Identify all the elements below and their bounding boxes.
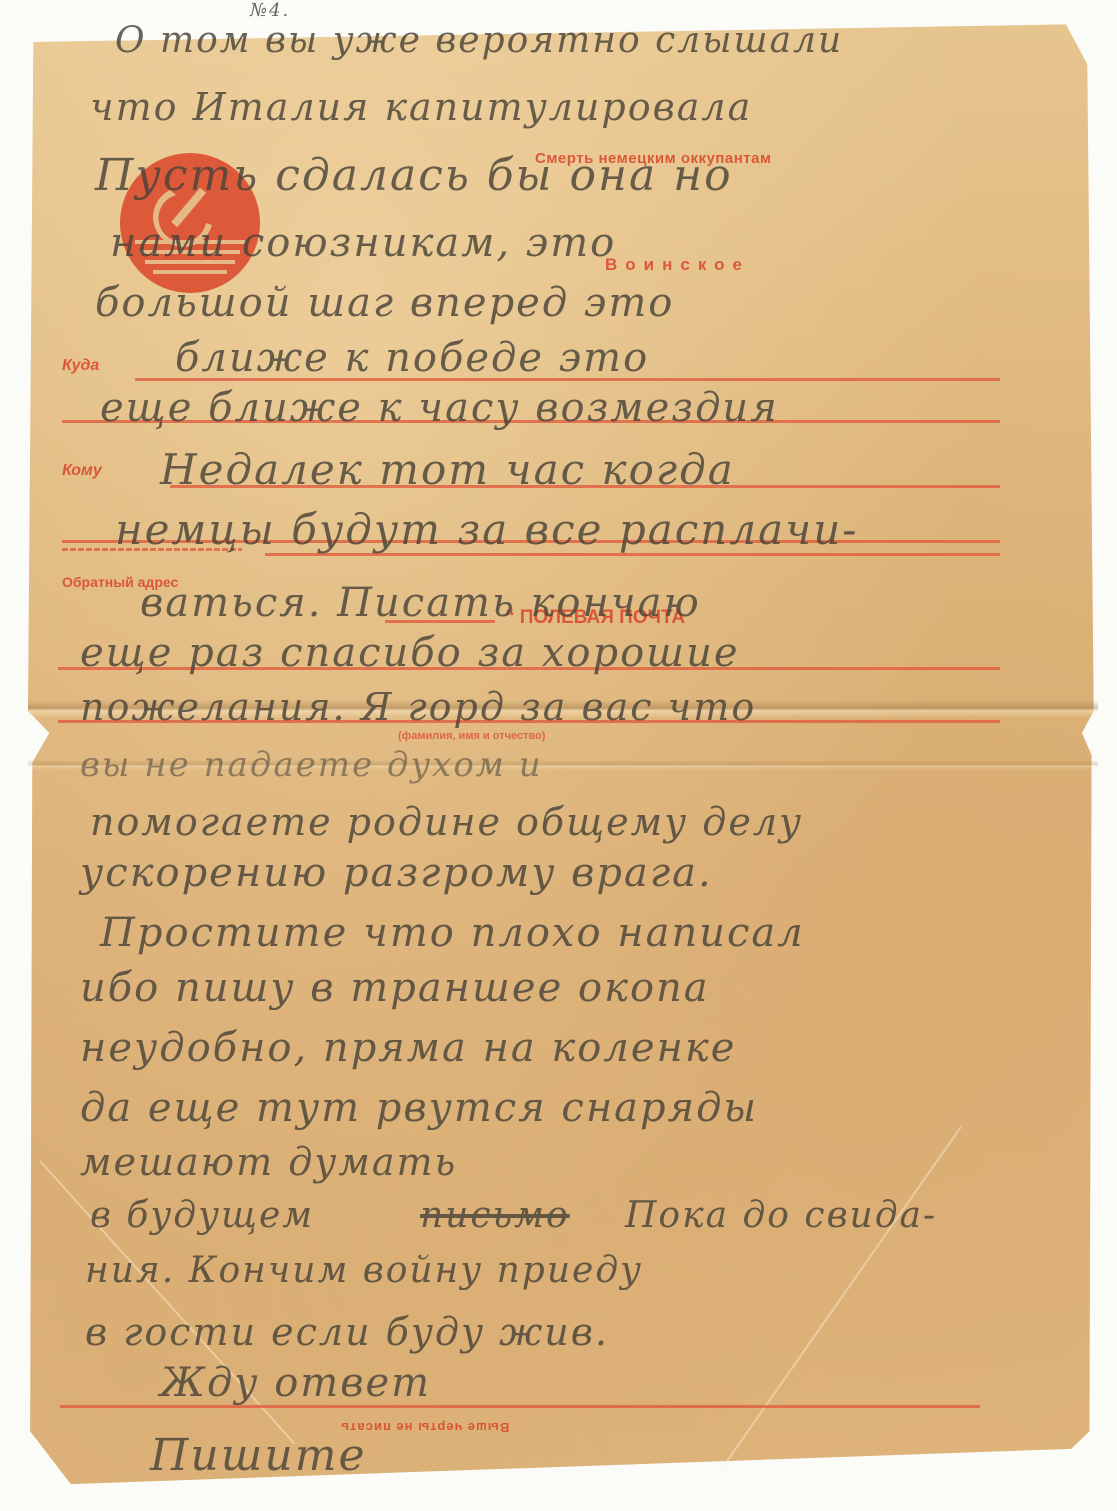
handwritten-line: пожелания. Я горд за вас что <box>80 685 756 729</box>
handwritten-line: в гости если буду жив. <box>85 1310 609 1354</box>
name-caption: (фамилия, имя и отчество) <box>398 730 545 742</box>
handwritten-line: ния. Кончим войну приеду <box>85 1250 643 1291</box>
handwritten-line: неудобно, пряма на коленке <box>80 1025 736 1071</box>
handwritten-line: Простите что плохо написал <box>100 910 805 956</box>
handwritten-line: мешают думать <box>80 1140 457 1184</box>
handwritten-line: Пусть сдалась бы она но <box>95 150 733 201</box>
handwritten-line: немцы будут за все расплачи- <box>115 505 858 554</box>
handwritten-line: нами союзникам, это <box>110 220 616 266</box>
to-whom-label: Кому <box>62 462 102 480</box>
handwritten-line: большой шаг вперед это <box>95 280 674 326</box>
handwritten-line: Пока до свида- <box>625 1195 937 1236</box>
handwritten-line: О том вы уже вероятно слышали <box>115 20 843 61</box>
struck-word: письмо <box>420 1195 570 1236</box>
handwritten-line: Недалек тот час когда <box>160 445 735 494</box>
handwritten-line: Жду ответ <box>160 1360 431 1406</box>
handwritten-signoff: Пишите <box>150 1430 367 1481</box>
handwritten-line: вы не падаете духом и <box>80 745 543 785</box>
handwritten-line: ускорению разгрому врага. <box>80 850 713 896</box>
handwritten-line: еще раз спасибо за хорошие <box>80 630 740 676</box>
to-where-label: Куда <box>62 357 99 375</box>
page-number: №4. <box>250 0 290 21</box>
handwritten-line: помогаете родине общему делу <box>90 800 803 844</box>
header-text: Воинское <box>605 255 750 275</box>
handwritten-line: ваться. Писать кончаю <box>140 580 701 626</box>
handwritten-line: да еще тут рвутся снаряды <box>80 1085 758 1131</box>
handwritten-line: ибо пишу в траншее окопа <box>80 965 710 1011</box>
handwritten-line: еще ближе к часу возмездия <box>100 385 779 431</box>
handwritten-line: ближе к победе это <box>175 335 649 381</box>
handwritten-line: что Италия капитулировала <box>90 85 752 129</box>
handwritten-line: в будущем <box>90 1195 314 1236</box>
